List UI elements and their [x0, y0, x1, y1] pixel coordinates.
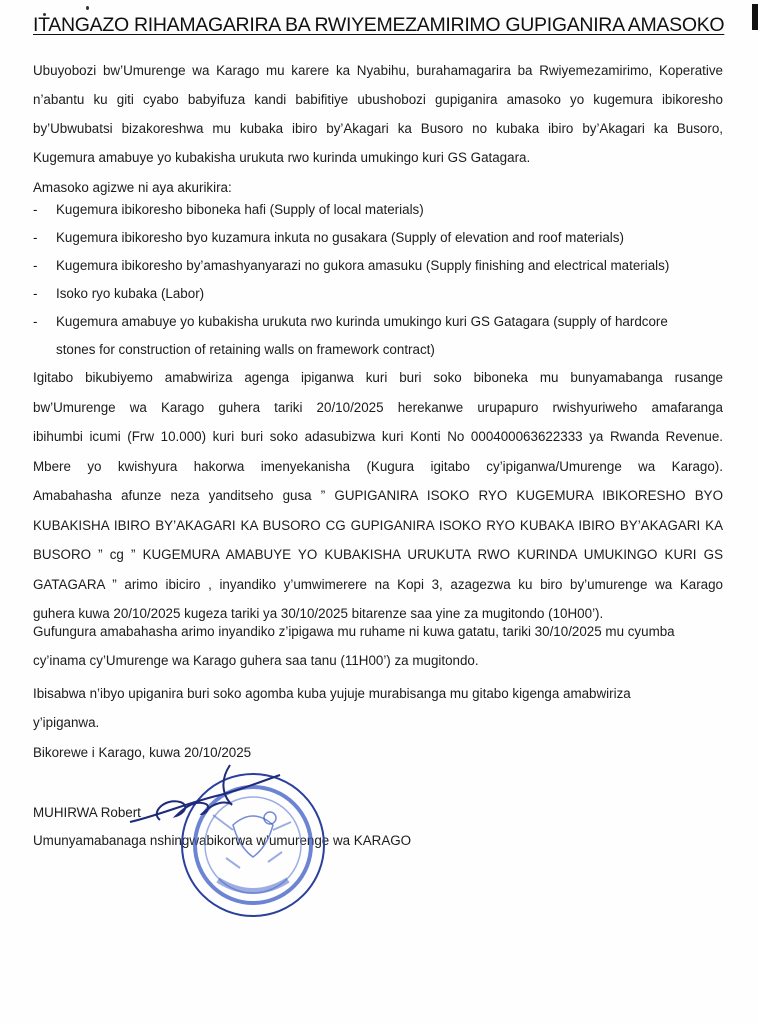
list-item: Kugemura ibikoresho biboneka hafi (Suppl… [56, 202, 424, 217]
list-item: Isoko ryo kubaka (Labor) [56, 286, 204, 301]
text-line: by’Ubwubatsi bizakoreshwa mu kubaka ibir… [33, 121, 723, 136]
bullet-marker: - [33, 286, 37, 301]
list-heading: Amasoko agizwe ni aya akurikira: [33, 180, 232, 195]
text-line: BUSORO ” cg ” KUGEMURA AMABUYE YO KUBAKI… [33, 547, 723, 562]
list-item: stones for construction of retaining wal… [56, 342, 435, 357]
list-item: Kugemura ibikoresho by’amashyanyarazi no… [56, 258, 669, 273]
text-line: Ubuyobozi bw’Umurenge wa Karago mu karer… [33, 63, 723, 78]
scan-speck [86, 6, 89, 10]
bullet-marker: - [33, 258, 37, 273]
text-line: KUBAKISHA IBIRO BY’AKAGARI KA BUSORO CG … [33, 518, 723, 533]
list-item: Kugemura ibikoresho byo kuzamura inkuta … [56, 230, 624, 245]
text-line: Gufungura amabahasha arimo inyandiko z’i… [33, 624, 675, 639]
signature-icon [120, 760, 300, 840]
text-line: bw’Umurenge wa Karago guhera tariki 20/1… [33, 400, 723, 415]
document-title: ITANGAZO RIHAMAGARIRA BA RWIYEMEZAMIRIMO… [33, 14, 724, 37]
text-line: Amabahasha afunze neza yanditseho gusa ”… [33, 488, 723, 503]
text-line: n’abantu ku giti cyabo babyifuza kandi b… [33, 92, 723, 107]
text-line: Ibisabwa n’ibyo upiganira buri soko agom… [33, 686, 631, 701]
text-line: GATAGARA ” arimo ibiciro , inyandiko y’u… [33, 577, 723, 592]
bullet-marker: - [33, 230, 37, 245]
list-item: Kugemura amabuye yo kubakisha urukuta rw… [56, 314, 668, 329]
text-line: Mbere yo kwishyura hakorwa imenyekanisha… [33, 459, 723, 474]
text-line: Igitabo bikubiyemo amabwiriza agenga ipi… [33, 370, 723, 385]
bullet-marker: - [33, 202, 37, 217]
bullet-marker: - [33, 314, 37, 329]
text-line: Kugemura amabuye yo kubakisha urukuta rw… [33, 150, 530, 165]
document-page: ITANGAZO RIHAMAGARIRA BA RWIYEMEZAMIRIMO… [0, 0, 758, 1024]
text-line: y’ipiganwa. [33, 715, 99, 730]
place-date: Bikorewe i Karago, kuwa 20/10/2025 [33, 745, 251, 760]
text-line: guhera kuwa 20/10/2025 kugeza tariki ya … [33, 606, 603, 621]
text-line: cy’inama cy’Umurenge wa Karago guhera sa… [33, 653, 479, 668]
scan-edge-mark [752, 4, 758, 30]
text-line: ibihumbi icumi (Frw 10.000) kuri buri so… [33, 429, 723, 444]
